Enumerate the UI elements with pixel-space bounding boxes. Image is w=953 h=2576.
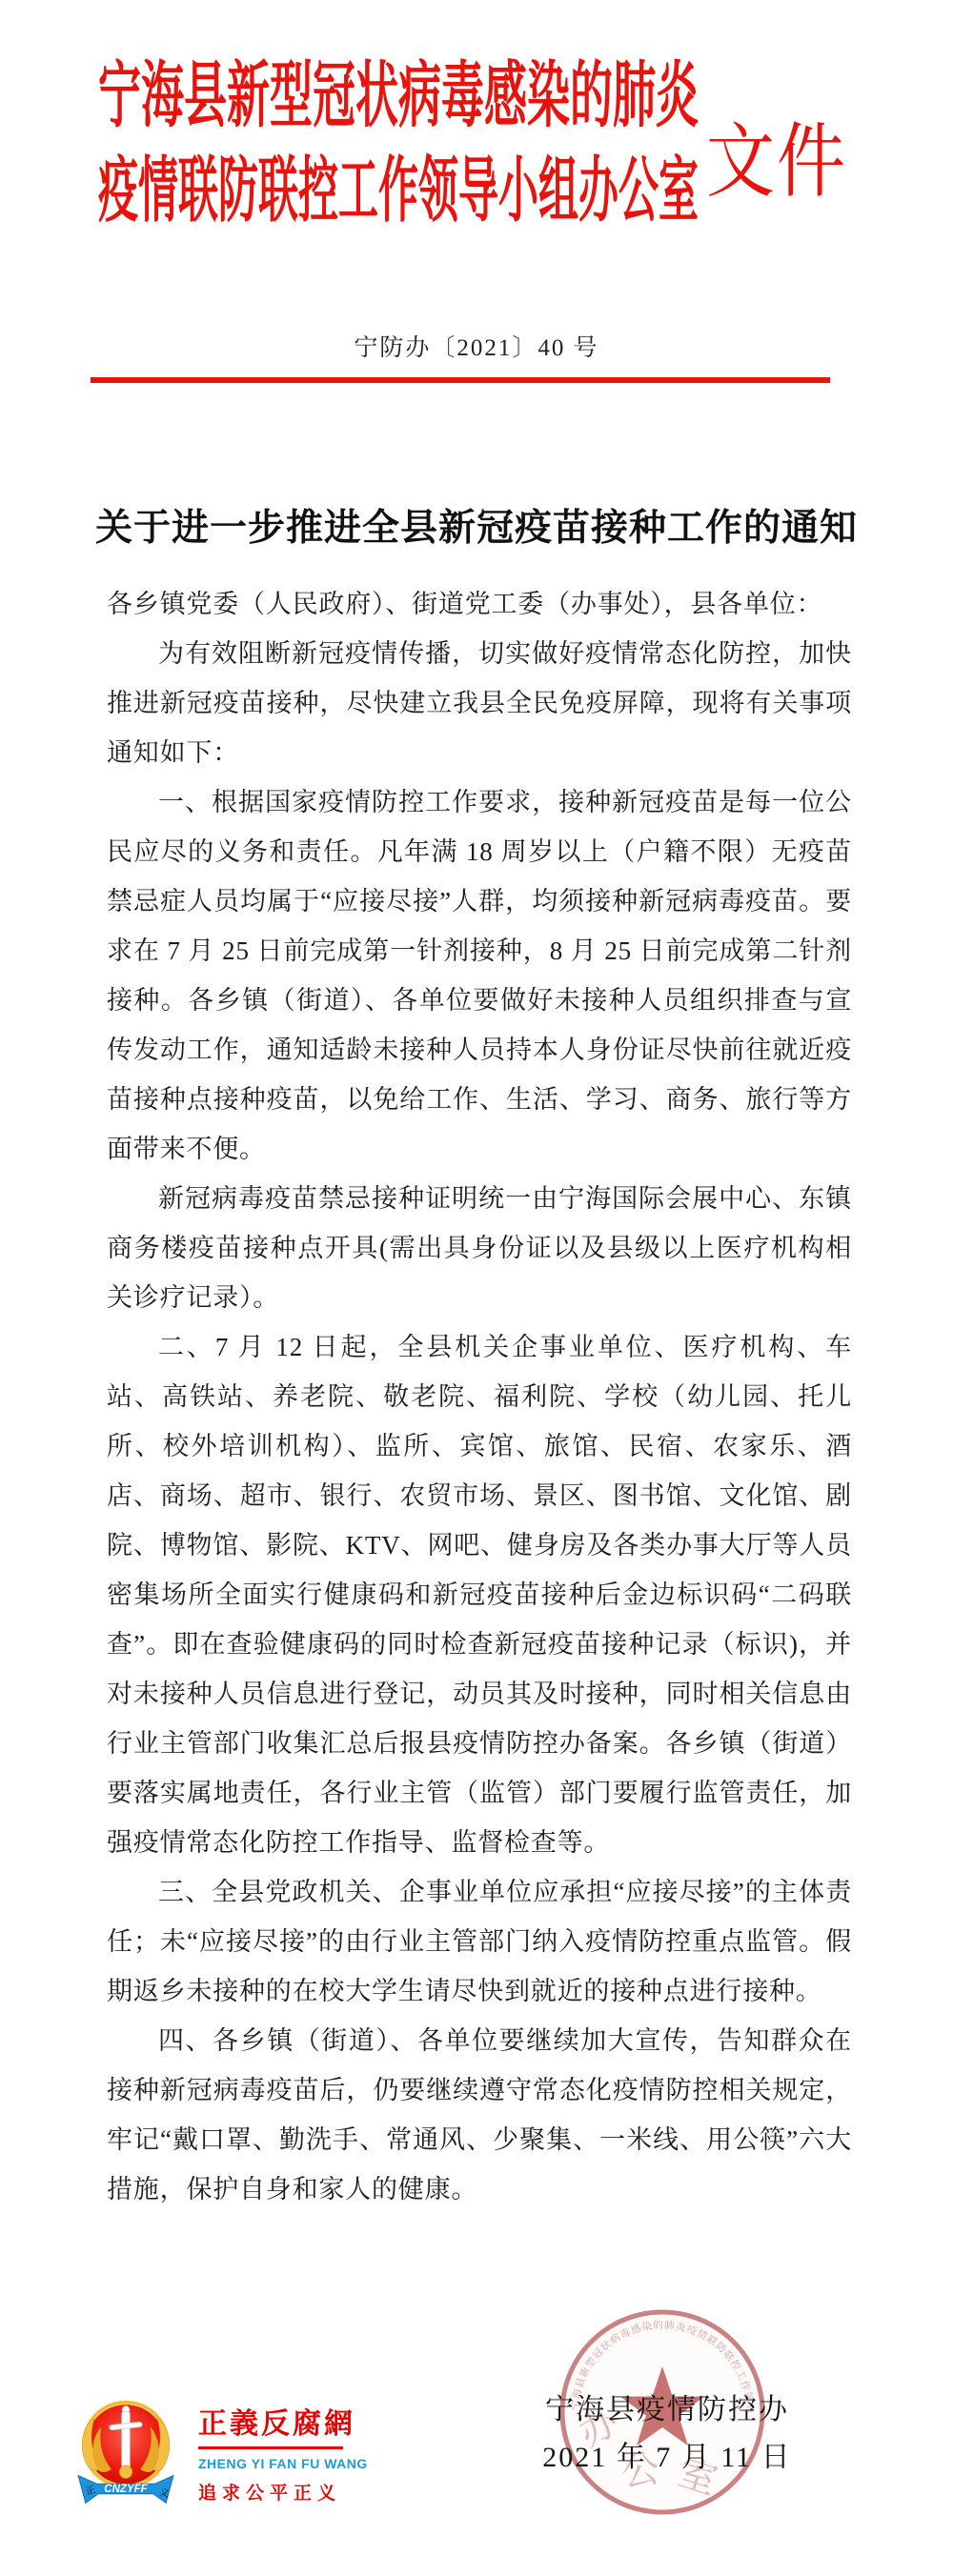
official-document-page: 宁海县新型冠状病毒感染的肺炎 疫情联防联控工作领导小组办公室 文件 宁防办〔20… [0, 0, 953, 2576]
signature-date: 2021 年 7 月 11 日 [496, 2441, 839, 2475]
body-paragraph: 二、7 月 12 日起，全县机关企事业单位、医疗机构、车站、高铁站、养老院、敬老… [107, 1322, 852, 1867]
document-number: 宁防办〔2021〕40 号 [0, 329, 953, 363]
letterhead-doc-type: 文件 [706, 122, 847, 203]
red-divider-rule [91, 377, 830, 383]
emblem-badge-code: CNZYFF [104, 2484, 148, 2495]
site-name-pinyin: ZHENG YI FAN FU WANG [198, 2456, 368, 2471]
signature-org: 宁海县疫情防控办 [496, 2393, 839, 2427]
site-emblem-icon: 正 义 CNZYFF [76, 2399, 175, 2510]
document-body: 各乡镇党委（人民政府）、街道党工委（办事处），县各单位： 为有效阻断新冠疫情传播… [107, 579, 852, 2214]
letterhead-org-line2: 疫情联防联控工作领导小组办公室 [98, 155, 699, 227]
site-name-underline [198, 2446, 343, 2449]
body-paragraph: 为有效阻断新冠疫情传播，切实做好疫情常态化防控，加快推进新冠疫苗接种，尽快建立我… [107, 629, 852, 777]
body-paragraph: 一、根据国家疫情防控工作要求，接种新冠疫苗是每一位公民应尽的义务和责任。凡年满 … [107, 777, 852, 1174]
body-paragraph: 新冠病毒疫苗禁忌接种证明统一由宁海国际会展中心、东镇商务楼疫苗接种点开具(需出具… [107, 1174, 852, 1322]
body-paragraph: 三、全县党政机关、企事业单位应承担“应接尽接”的主体责任；未“应接尽接”的由行业… [107, 1867, 852, 2016]
salutation-line: 各乡镇党委（人民政府）、街道党工委（办事处），县各单位： [107, 579, 852, 629]
body-paragraph: 四、各乡镇（街道）、各单位要继续加大宣传，告知群众在接种新冠病毒疫苗后，仍要继续… [107, 2016, 852, 2214]
site-name-chinese: 正義反腐網 [198, 2408, 355, 2440]
letterhead-org-line1: 宁海县新型冠状病毒感染的肺炎 [98, 59, 699, 131]
site-slogan: 追求公平正义 [198, 2479, 341, 2505]
document-title: 关于进一步推进全县新冠疫苗接种工作的通知 [0, 507, 953, 552]
